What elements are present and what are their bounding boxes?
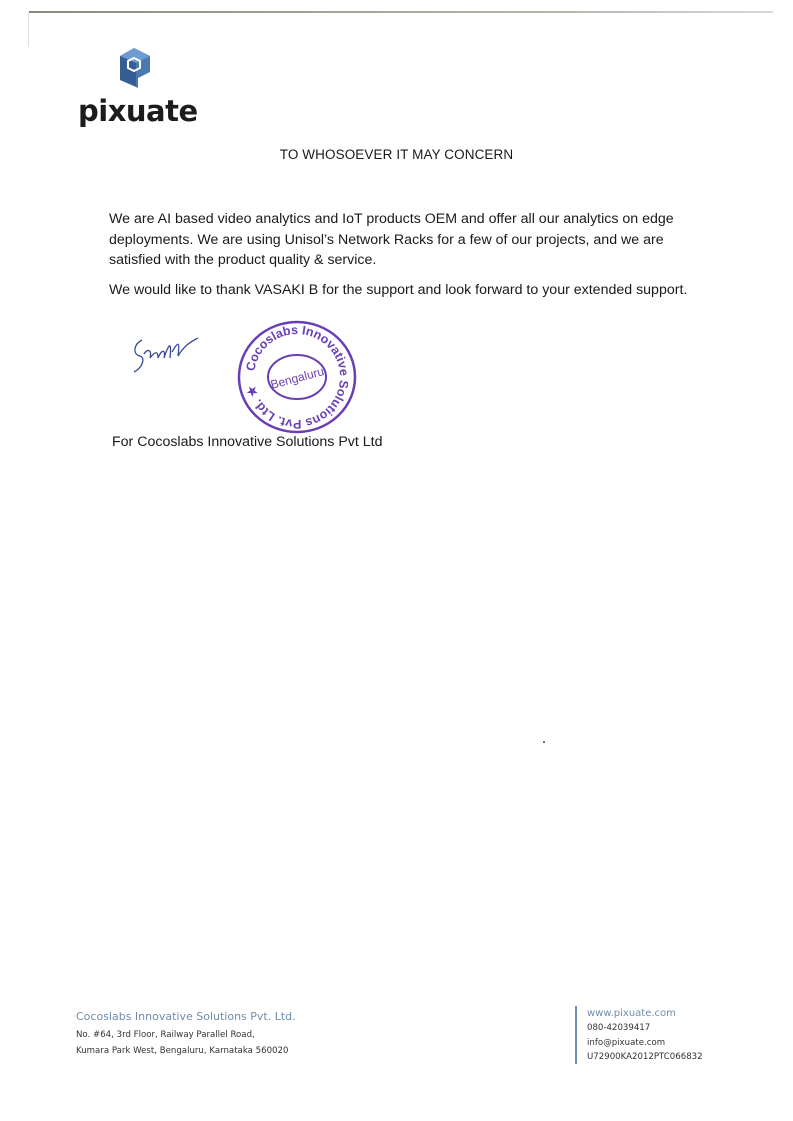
paragraph: We would like to thank VASAKI B for the … [109,280,719,301]
scan-border-line [29,11,773,13]
handwritten-signature [128,332,203,377]
footer-website-link[interactable]: www.pixuate.com [587,1006,703,1021]
footer-cin: U72900KA2012PTC066832 [587,1050,703,1065]
footer-company-name: Cocoslabs Innovative Solutions Pvt. Ltd. [76,1010,296,1023]
footer-contact: www.pixuate.com 080-42039417 info@pixuat… [575,1006,703,1064]
footer-address-line: No. #64, 3rd Floor, Railway Parallel Roa… [76,1027,296,1043]
footer-email-link[interactable]: info@pixuate.com [587,1036,703,1051]
signoff-line: For Cocoslabs Innovative Solutions Pvt L… [112,434,383,450]
company-stamp: Cocoslabs Innovative Solutions Pvt. Ltd.… [230,320,365,435]
pixuate-cube-p-icon [116,46,152,90]
paragraph: We are AI based video analytics and IoT … [109,209,719,271]
footer-company-address: Cocoslabs Innovative Solutions Pvt. Ltd.… [76,1010,296,1059]
scan-speck [543,741,545,743]
letter-body: We are AI based video analytics and IoT … [109,209,719,309]
logo-wordmark: pixuate [78,94,198,128]
letter-title: TO WHOSOEVER IT MAY CONCERN [0,147,793,162]
footer-phone: 080-42039417 [587,1021,703,1036]
footer-address-line: Kumara Park West, Bengaluru, Karnataka 5… [76,1043,296,1059]
company-logo: pixuate [78,46,188,131]
scan-edge [28,12,29,47]
stamp-center-text: Bengaluru [269,364,325,392]
